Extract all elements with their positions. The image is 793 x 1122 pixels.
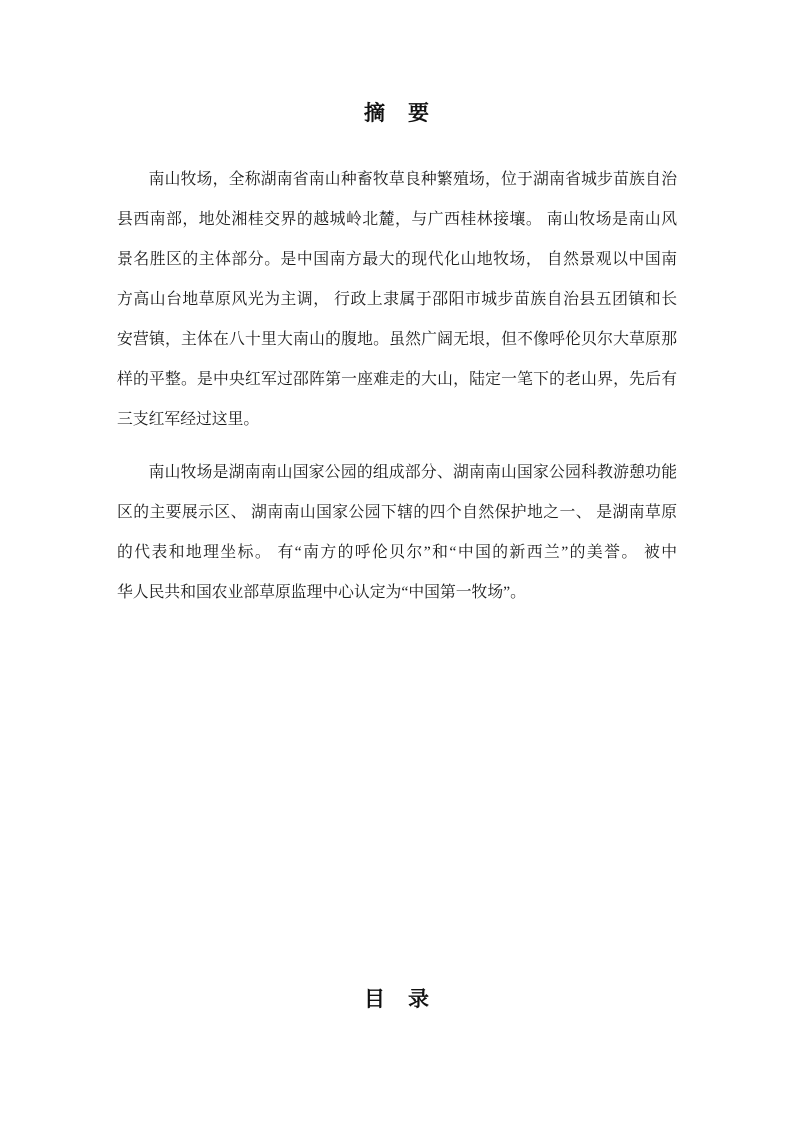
paragraph-line: 样的平整。是中央红军过邵阵第一座难走的大山，陆定一笔下的老山界，先后有 (117, 360, 677, 400)
toc-heading: 目 录 (117, 987, 677, 1013)
abstract-paragraph-1: 南山牧场，全称湖南省南山种畜牧草良种繁殖场，位于湖南省城步苗族自治 县西南部，地… (117, 160, 677, 440)
paragraph-line: 方高山台地草原风光为主调， 行政上隶属于邵阳市城步苗族自治县五团镇和长 (117, 280, 677, 320)
abstract-heading: 摘 要 (117, 101, 677, 127)
paragraph-line: 华人民共和国农业部草原监理中心认定为“中国第一牧场”。 (117, 573, 677, 613)
document-page: 摘 要 南山牧场，全称湖南省南山种畜牧草良种繁殖场，位于湖南省城步苗族自治 县西… (0, 0, 793, 1122)
paragraph-line: 安营镇，主体在八十里大南山的腹地。虽然广阔无垠，但不像呼伦贝尔大草原那 (117, 320, 677, 360)
abstract-paragraph-2: 南山牧场是湖南南山国家公园的组成部分、湖南南山国家公园科教游憩功能 区的主要展示… (117, 453, 677, 613)
paragraph-line: 南山牧场是湖南南山国家公园的组成部分、湖南南山国家公园科教游憩功能 (117, 453, 677, 493)
paragraph-line: 南山牧场，全称湖南省南山种畜牧草良种繁殖场，位于湖南省城步苗族自治 (117, 160, 677, 200)
paragraph-line: 的代表和地理坐标。 有“南方的呼伦贝尔”和“中国的新西兰”的美誉。 被中 (117, 533, 677, 573)
paragraph-line: 县西南部，地处湘桂交界的越城岭北麓，与广西桂林接壤。 南山牧场是南山风 (117, 200, 677, 240)
paragraph-line: 景名胜区的主体部分。是中国南方最大的现代化山地牧场， 自然景观以中国南 (117, 240, 677, 280)
paragraph-line: 三支红军经过这里。 (117, 400, 677, 440)
paragraph-line: 区的主要展示区、 湖南南山国家公园下辖的四个自然保护地之一、 是湖南草原 (117, 493, 677, 533)
